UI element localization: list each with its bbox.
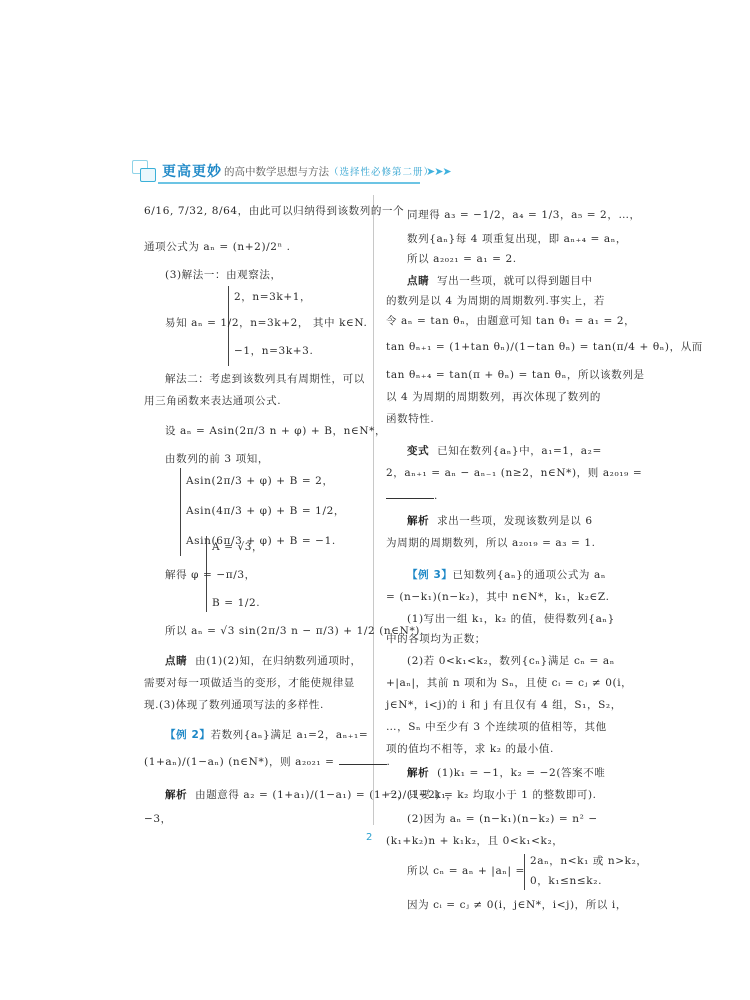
text-line: 2aₙ，n<k₁ 或 n>k₂， xyxy=(530,854,648,869)
bianshi-line: 变式 已知在数列{aₙ}中，a₁=1，a₂= xyxy=(386,444,602,459)
text-line: (1)写出一组 k₁，k₂ 的值，使得数列{aₙ} xyxy=(386,612,615,627)
arrows-icon: ➤➤➤ xyxy=(426,165,451,178)
header-brand: 更高更妙 xyxy=(162,161,222,181)
book-title: 的高中数学思想与方法 xyxy=(224,166,329,178)
text-line: = (n−k₁)(n−k₂)，其中 n∈N*，k₁，k₂∈Z. xyxy=(386,590,610,605)
text-line: 解法二：考虑到该数列具有周期性，可以 xyxy=(144,372,365,387)
text-line: 现.(3)体现了数列通项写法的多样性. xyxy=(144,698,324,713)
text-line: 解得 φ = −π/3， xyxy=(144,568,256,583)
text-line: +|aₙ|，其前 n 项和为 Sₙ，且使 cᵢ = cⱼ ≠ 0(i， xyxy=(386,676,632,691)
text-line: 6/16, 7/32, 8/64，由此可以归纳得到该数列的一个 xyxy=(144,204,404,219)
text-line: 一，只要 k₁，k₂ 均取小于 1 的整数即可). xyxy=(386,788,597,803)
bianshi-label: 变式 xyxy=(407,445,429,457)
text-line: 中的各项均为正数； xyxy=(386,632,486,647)
jiexi-line: 解析 求出一些项，发现该数列是以 6 xyxy=(386,514,593,529)
example2-question-line: (1+aₙ)/(1−aₙ) (n∈N*)，则 a₂₀₂₁ = . xyxy=(144,754,390,770)
text-line: 2，n=3k+1， xyxy=(234,290,311,305)
text-line: 已知在数列{aₙ}中，a₁=1，a₂= xyxy=(437,445,602,457)
text-line: 2，aₙ₊₁ = aₙ − aₙ₋₁ (n≥2，n∈N*)，则 a₂₀₁₉ = xyxy=(386,466,642,481)
answer-blank xyxy=(339,754,387,765)
textbook-page: 更高更妙 的高中数学思想与方法（选择性必修第二册） ➤➤➤ 6/16, 7/32… xyxy=(0,0,750,1000)
text-line: 所以 aₙ = √3 sin(2π/3 n − π/3) + 1/2 (n∈N*… xyxy=(144,624,424,639)
jiexi-label: 解析 xyxy=(407,767,429,779)
jiexi-line: 解析 (1)k₁ = −1，k₂ = −2(答案不唯 xyxy=(386,766,605,781)
answer-blank-line: . xyxy=(386,488,438,504)
example3-line: 【例 3】已知数列{aₙ}的通项公式为 aₙ xyxy=(386,568,606,583)
jiexi-label: 解析 xyxy=(407,515,429,527)
text-line: 已知数列{aₙ}的通项公式为 aₙ xyxy=(452,569,606,581)
book-subtitle: （选择性必修第二册） xyxy=(329,167,434,178)
text-line: A = √3， xyxy=(212,540,263,555)
example2-line: 【例 2】若数列{aₙ}满足 a₁=2，aₙ₊₁= xyxy=(144,728,368,743)
text-line: 因为 cᵢ = cⱼ ≠ 0(i，j∈N*，i<j)，所以 i， xyxy=(386,898,627,913)
text-line: 以 4 为周期的周期数列，再次体现了数列的 xyxy=(386,390,601,405)
dianjing-label: 点睛 xyxy=(165,655,187,667)
text-line: 求出一些项，发现该数列是以 6 xyxy=(437,515,593,527)
text-line: 通项公式为 aₙ = (n+2)/2ⁿ . xyxy=(144,240,291,255)
text-line: tan θₙ₊₁ = (1+tan θₙ)/(1−tan θₙ) = tan(π… xyxy=(386,340,703,355)
text-line: 易知 aₙ = 1/2，n=3k+2， 其中 k∈N. xyxy=(144,316,367,331)
text-line: 令 aₙ = tan θₙ，由题意可知 tan θ₁ = a₁ = 2， xyxy=(386,314,635,329)
example3-label: 【例 3】 xyxy=(407,569,452,581)
text-line: (1+aₙ)/(1−aₙ) (n∈N*)，则 a₂₀₂₁ = xyxy=(144,756,335,768)
text-line: Asin(2π/3 + φ) + B = 2， xyxy=(186,474,334,489)
text-line: 数列{aₙ}每 4 项重复出现，即 aₙ₊₄ = aₙ， xyxy=(386,232,627,247)
text-line: 为周期的周期数列，所以 a₂₀₁₉ = a₃ = 1. xyxy=(386,536,596,551)
text-line: (k₁+k₂)n + k₁k₂，且 0<k₁<k₂， xyxy=(386,834,563,849)
header-underline xyxy=(158,182,420,184)
page-number: 2 xyxy=(366,832,372,843)
dianjing-line: 点睛 由(1)(2)知，在归纳数列通项时， xyxy=(144,654,362,669)
text-line: B = 1/2. xyxy=(212,596,260,611)
brace xyxy=(180,468,181,556)
text-line: (2)因为 aₙ = (n−k₁)(n−k₂) = n² − xyxy=(386,812,598,827)
text-line: (2)若 0<k₁<k₂，数列{cₙ}满足 cₙ = aₙ xyxy=(386,654,615,669)
text-line: 由(1)(2)知，在归纳数列通项时， xyxy=(195,655,362,667)
text-line: (3)解法一：由观察法， xyxy=(144,268,282,283)
text-line: (1)k₁ = −1，k₂ = −2(答案不唯 xyxy=(437,767,605,779)
text-line: 所以 cₙ = aₙ + |aₙ| = xyxy=(386,864,525,879)
text-line: 设 aₙ = Asin(2π/3 n + φ) + B，n∈N*， xyxy=(144,424,386,439)
page-header: 更高更妙 的高中数学思想与方法（选择性必修第二册） ➤➤➤ xyxy=(132,158,472,188)
brace xyxy=(524,854,525,890)
column-divider xyxy=(373,195,374,825)
header-title: 的高中数学思想与方法（选择性必修第二册） xyxy=(224,164,434,179)
text-line: −3， xyxy=(144,812,172,827)
text-line: −1，n=3k+3. xyxy=(234,344,313,359)
text-line: tan θₙ₊₄ = tan(π + θₙ) = tan θₙ，所以该数列是 xyxy=(386,368,645,383)
text-line: 项的值均不相等，求 k₂ 的最小值. xyxy=(386,742,554,757)
text-line: 由数列的前 3 项知， xyxy=(144,452,269,467)
text-line: 0，k₁≤n≤k₂. xyxy=(530,874,602,889)
text-line: 需要对每一项做适当的变形，才能使规律显 xyxy=(144,676,355,691)
text-line: 所以 a₂₀₂₁ = a₁ = 2. xyxy=(386,252,517,267)
text-line: 若数列{aₙ}满足 a₁=2，aₙ₊₁= xyxy=(210,729,368,741)
text-line: 用三角函数来表达通项公式. xyxy=(144,394,281,409)
example2-label: 【例 2】 xyxy=(165,729,210,741)
text-line: 同理得 a₃ = −1/2，a₄ = 1/3，a₅ = 2，…， xyxy=(386,208,641,223)
text-line: …，Sₙ 中至少有 3 个连续项的值相等，其他 xyxy=(386,720,607,735)
text-line: j∈N*，i<j)的 i 和 j 有且仅有 4 组，S₁，S₂， xyxy=(386,698,622,713)
dianjing-line: 点睛 写出一些项，就可以得到题目中 xyxy=(386,274,593,289)
text-line: 写出一些项，就可以得到题目中 xyxy=(437,275,592,287)
answer-blank xyxy=(386,488,434,499)
jiexi-label: 解析 xyxy=(165,789,187,801)
text-line: 函数特性. xyxy=(386,412,434,427)
text-line: Asin(4π/3 + φ) + B = 1/2， xyxy=(186,504,345,519)
dianjing-label: 点睛 xyxy=(407,275,429,287)
squares-logo-icon xyxy=(132,160,156,182)
text-line: 的数列是以 4 为周期的周期数列.事实上，若 xyxy=(386,294,605,309)
